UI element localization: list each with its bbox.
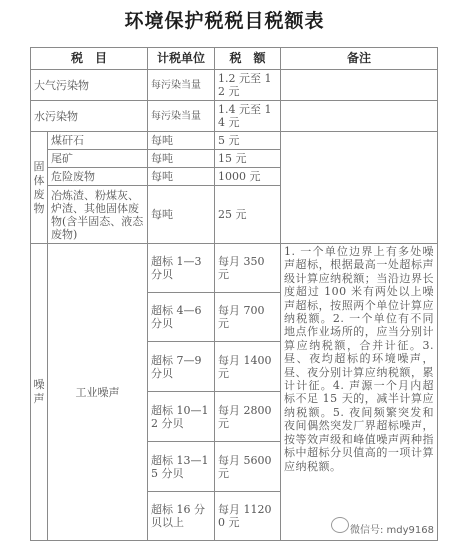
table-header-row: 税 目 计税单位 税 额 备注 [31,48,438,70]
unit-noise: 超标 13—15 分贝 [148,442,215,492]
amount-noise: 每月 2800 元 [215,392,281,442]
amount-solid: 25 元 [215,186,281,244]
amount-air: 1.2 元至 12 元 [215,70,281,101]
table-row: 大气污染物 每污染当量 1.2 元至 12 元 [31,70,438,101]
header-unit: 计税单位 [148,48,215,70]
unit-air: 每污染当量 [148,70,215,101]
amount-solid: 5 元 [215,132,281,150]
group-solid-waste: 固体废物 [31,132,48,244]
unit-noise: 超标 4—6 分贝 [148,293,215,342]
remarks-noise: 1. 一个单位边界上有多处噪声超标，根据最高一处超标声级计算应纳税额；当沿边界长… [281,244,438,541]
watermark: 微信号: mdy9168 [350,521,434,536]
remarks-water [281,101,438,132]
item-industrial-noise: 工业噪声 [48,244,148,541]
amount-noise: 每月 5600 元 [215,442,281,492]
item-solid: 尾矿 [48,150,148,168]
group-noise: 噪声 [31,244,48,541]
unit-noise: 超标 16 分贝以上 [148,492,215,541]
unit-solid: 每吨 [148,132,215,150]
header-amount: 税 额 [215,48,281,70]
table-row: 噪声 工业噪声 超标 1—3 分贝 每月 350 元 1. 一个单位边界上有多处… [31,244,438,293]
item-solid: 危险废物 [48,168,148,186]
header-remarks: 备注 [281,48,438,70]
page-title: 环境保护税税目税额表 [0,6,449,33]
wechat-icon [331,517,349,533]
unit-solid: 每吨 [148,168,215,186]
remarks-solid [281,132,438,244]
amount-noise: 每月 700 元 [215,293,281,342]
tax-table: 税 目 计税单位 税 额 备注 大气污染物 每污染当量 1.2 元至 12 元 … [30,47,438,541]
item-air: 大气污染物 [31,70,148,101]
header-item: 税 目 [31,48,148,70]
item-water: 水污染物 [31,101,148,132]
amount-solid: 15 元 [215,150,281,168]
unit-noise: 超标 1—3 分贝 [148,244,215,293]
amount-noise: 每月 11200 元 [215,492,281,541]
item-solid: 煤矸石 [48,132,148,150]
unit-noise: 超标 7—9 分贝 [148,342,215,392]
unit-noise: 超标 10—12 分贝 [148,392,215,442]
unit-water: 每污染当量 [148,101,215,132]
unit-solid: 每吨 [148,186,215,244]
amount-solid: 1000 元 [215,168,281,186]
table-row: 固体废物 煤矸石 每吨 5 元 [31,132,438,150]
amount-noise: 每月 350 元 [215,244,281,293]
item-solid: 冶炼渣、粉煤灰、炉渣、其他固体废物(含半固态、液态废物) [48,186,148,244]
amount-noise: 每月 1400 元 [215,342,281,392]
table-row: 水污染物 每污染当量 1.4 元至 14 元 [31,101,438,132]
unit-solid: 每吨 [148,150,215,168]
remarks-air [281,70,438,101]
amount-water: 1.4 元至 14 元 [215,101,281,132]
